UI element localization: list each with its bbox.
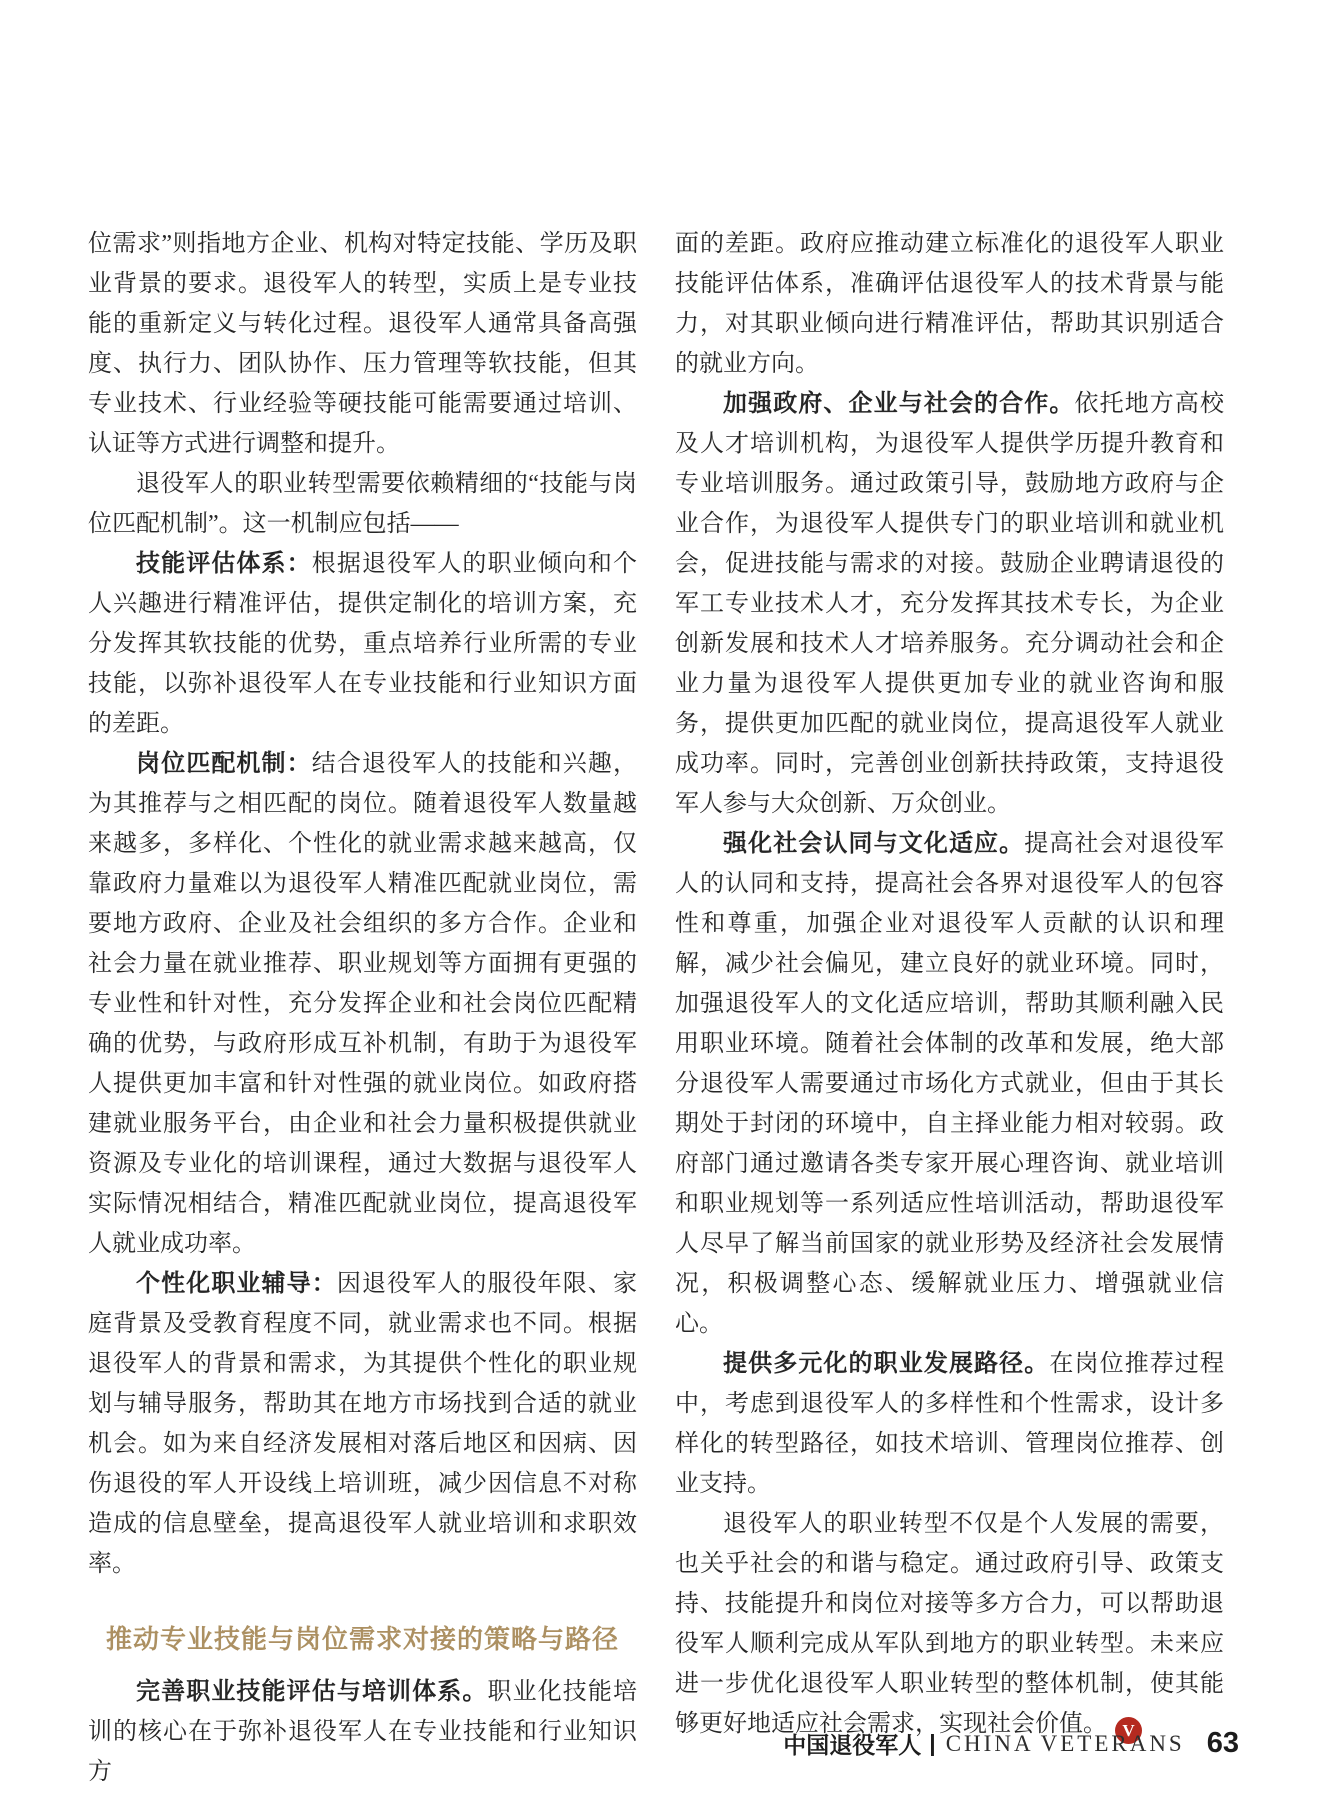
paragraph-lead: 技能评估体系：	[136, 551, 312, 577]
paragraph: 提供多元化的职业发展路径。在岗位推荐过程中，考虑到退役军人的多样性和个性需求，设…	[675, 1344, 1224, 1504]
paragraph-lead: 提供多元化的职业发展路径。	[723, 1351, 1049, 1377]
paragraph: 退役军人的职业转型不仅是个人发展的需要，也关乎社会的和谐与稳定。通过政府引导、政…	[675, 1504, 1224, 1744]
paragraph: 完善职业技能评估与培训体系。职业化技能培训的核心在于弥补退役军人在专业技能和行业…	[88, 1672, 637, 1792]
paragraph: 退役军人的职业转型需要依赖精细的“技能与岗位匹配机制”。这一机制应包括——	[88, 464, 637, 544]
paragraph-lead: 加强政府、企业与社会的合作。	[723, 391, 1074, 417]
paragraph: 岗位匹配机制：结合退役军人的技能和兴趣，为其推荐与之相匹配的岗位。随着退役军人数…	[88, 744, 637, 1264]
section-heading: 推动专业技能与岗位需求对接的策略与路径	[88, 1622, 637, 1658]
magazine-name-cn: 中国退役军人	[783, 1727, 921, 1760]
paragraph: 技能评估体系：根据退役军人的职业倾向和个人兴趣进行精准评估，提供定制化的培训方案…	[88, 544, 637, 744]
paragraph: 位需求”则指地方企业、机构对特定技能、学历及职业背景的要求。退役军人的转型，实质…	[88, 224, 637, 464]
paragraph-lead: 强化社会认同与文化适应。	[723, 831, 1024, 857]
footer-divider-bar: |	[929, 1730, 935, 1757]
page-footer: 中国退役军人 | CHINA VETERANS 63	[783, 1727, 1239, 1760]
paragraph: 个性化职业辅导：因退役军人的服役年限、家庭背景及受教育程度不同，就业需求也不同。…	[88, 1264, 637, 1584]
paragraph: 强化社会认同与文化适应。提高社会对退役军人的认同和支持，提高社会各界对退役军人的…	[675, 824, 1224, 1344]
right-column: 面的差距。政府应推动建立标准化的退役军人职业技能评估体系，准确评估退役军人的技术…	[675, 224, 1224, 1792]
paragraph-lead: 完善职业技能评估与培训体系。	[136, 1679, 487, 1705]
magazine-name-en: CHINA VETERANS	[946, 1731, 1185, 1757]
magazine-page: 位需求”则指地方企业、机构对特定技能、学历及职业背景的要求。退役军人的转型，实质…	[0, 0, 1323, 1795]
paragraph-lead: 岗位匹配机制：	[136, 751, 312, 777]
paragraph: 面的差距。政府应推动建立标准化的退役军人职业技能评估体系，准确评估退役军人的技术…	[675, 224, 1224, 384]
paragraph-lead: 个性化职业辅导：	[136, 1271, 337, 1297]
paragraph: 加强政府、企业与社会的合作。依托地方高校及人才培训机构，为退役军人提供学历提升教…	[675, 384, 1224, 824]
page-number: 63	[1207, 1727, 1239, 1760]
article-columns: 位需求”则指地方企业、机构对特定技能、学历及职业背景的要求。退役军人的转型，实质…	[88, 224, 1224, 1792]
left-column: 位需求”则指地方企业、机构对特定技能、学历及职业背景的要求。退役军人的转型，实质…	[88, 224, 637, 1792]
